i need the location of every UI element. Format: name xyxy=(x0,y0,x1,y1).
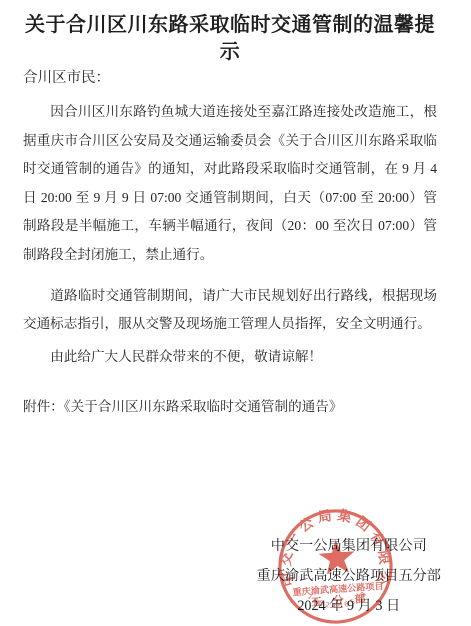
body-line: 由此给广大人民群众带来的不便，敬请谅解！ xyxy=(23,343,437,372)
notice-document-page: 关于合川区川东路采取临时交通管制的温馨提示 合川区市民： 因合川区川东路钓鱼城大… xyxy=(0,0,471,626)
salutation-line: 合川区市民： xyxy=(23,68,437,88)
signature-date: 2024 年 9 月 3 日 xyxy=(257,591,441,621)
body-line: 制路段是半幅施工，车辆半幅通行，夜间（20：00 至次日 07:00）管 xyxy=(23,212,437,241)
signature-block: 中交一公局集团有限公司 重庆渝武高速公路项目五分部 2024 年 9 月 3 日 xyxy=(257,531,441,621)
signature-department: 重庆渝武高速公路项目五分部 xyxy=(257,561,441,591)
body-line: 因合川区川东路钓鱼城大道连接处至嘉江路连接处改造施工，根 xyxy=(23,98,437,127)
paragraph-3: 由此给广大人民群众带来的不便，敬请谅解！ xyxy=(23,343,437,372)
paragraph-2: 道路临时交通管制期间，请广大市民规划好出行路线，根据现场 交通标志指引，服从交警… xyxy=(23,282,437,339)
body-line: 据重庆市合川区公安局及交通运输委员会《关于合川区川东路采取临 xyxy=(23,127,437,156)
body-line: 交通标志指引，服从交警及现场施工管理人员指挥，安全文明通行。 xyxy=(23,310,437,339)
paragraph-1: 因合川区川东路钓鱼城大道连接处至嘉江路连接处改造施工，根 据重庆市合川区公安局及… xyxy=(23,98,437,270)
signature-company: 中交一公局集团有限公司 xyxy=(257,531,441,561)
attachment-line: 附件：《关于合川区川东路采取临时交通管制的通告》 xyxy=(23,393,437,422)
body-line: 日 20:00 至 9 月 9 日 07:00 交通管制期间，白天（07:00 … xyxy=(23,184,437,213)
document-title: 关于合川区川东路采取临时交通管制的温馨提示 xyxy=(23,12,437,66)
body-line: 时交通管制的通告》的通知，对此路段采取临时交通管制，在 9 月 4 xyxy=(23,155,437,184)
body-line: 制路段全封闭施工，禁止通行。 xyxy=(23,241,437,270)
body-line: 道路临时交通管制期间，请广大市民规划好出行路线，根据现场 xyxy=(23,282,437,311)
